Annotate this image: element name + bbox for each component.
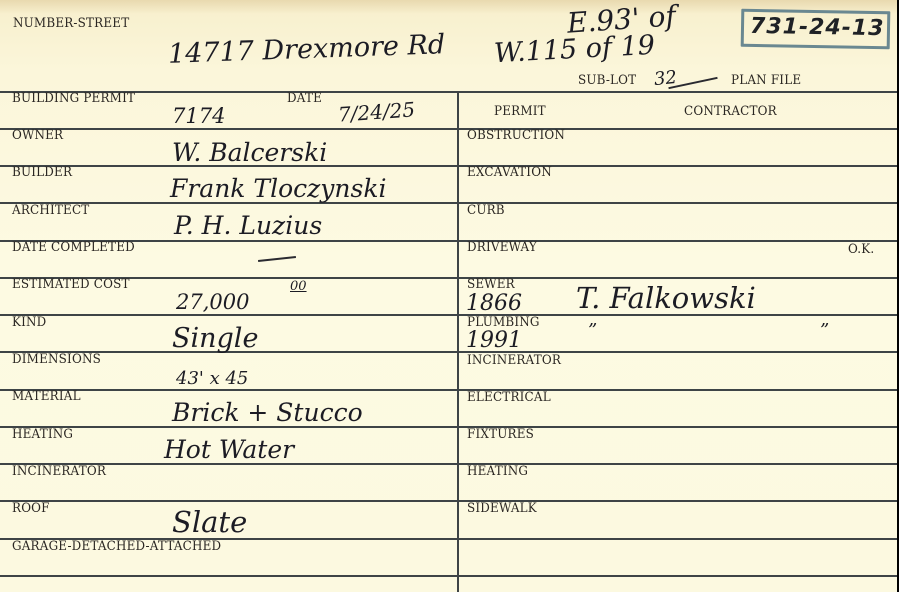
- plumbing-contractor-ditto: ”: [588, 322, 597, 340]
- rule: [0, 575, 897, 577]
- sewer-contractor: T. Falkowski: [576, 284, 756, 313]
- plumbing-ditto-mark: ”: [820, 322, 829, 340]
- heating-permit-label: HEATING: [467, 465, 528, 478]
- permit-column-header: PERMIT: [494, 105, 546, 118]
- sewer-permit-number: 1866: [466, 293, 522, 315]
- building-permit-value: 7174: [172, 106, 225, 127]
- curb-label: CURB: [467, 204, 505, 217]
- architect-label: ARCHITECT: [12, 204, 89, 217]
- kind-value: Single: [172, 325, 258, 352]
- driveway-note: O.K.: [848, 243, 874, 256]
- permit-card: NUMBER-STREET 14717 Drexmore Rd E.93' of…: [0, 0, 897, 592]
- date-completed-label: DATE COMPLETED: [12, 241, 135, 254]
- rule: [0, 463, 897, 465]
- dimensions-value: 43' x 45: [176, 370, 248, 388]
- excavation-label: EXCAVATION: [467, 166, 552, 179]
- roof-value: Slate: [172, 508, 247, 537]
- rule: [0, 351, 897, 353]
- rule: [0, 426, 897, 428]
- address-value: 14717 Drexmore Rd: [168, 31, 446, 68]
- estimated-cost-label: ESTIMATED COST: [12, 278, 130, 291]
- incinerator-label: INCINERATOR: [12, 465, 106, 478]
- material-value: Brick + Stucco: [172, 400, 363, 425]
- rule: [0, 165, 897, 167]
- driveway-label: DRIVEWAY: [467, 241, 537, 254]
- plumbing-permit-number: 1991: [466, 330, 522, 352]
- building-permit-label: BUILDING PERMIT: [12, 92, 135, 105]
- estimated-cost-cents: 00: [290, 280, 307, 293]
- rule: [0, 128, 897, 130]
- column-divider: [457, 91, 459, 592]
- rule: [0, 500, 897, 502]
- lot-note-line2: W.115 of 19: [493, 32, 655, 67]
- architect-underline: [258, 256, 296, 262]
- builder-value: Frank Tloczynski: [170, 176, 387, 201]
- file-number: 731-24-13: [750, 14, 885, 41]
- date-label: DATE: [287, 92, 322, 105]
- rule: [0, 202, 897, 204]
- heating-value: Hot Water: [164, 437, 294, 462]
- estimated-cost-value: 27,000: [176, 292, 249, 313]
- sewer-label: SEWER: [467, 278, 515, 291]
- owner-value: W. Balcerski: [172, 140, 327, 165]
- fixtures-label: FIXTURES: [467, 428, 534, 441]
- incinerator-permit-label: INCINERATOR: [467, 354, 561, 367]
- heating-label: HEATING: [12, 428, 73, 441]
- dimensions-label: DIMENSIONS: [12, 353, 101, 366]
- sidewalk-label: SIDEWALK: [467, 502, 537, 515]
- contractor-column-header: CONTRACTOR: [684, 105, 777, 118]
- material-label: MATERIAL: [12, 390, 81, 403]
- architect-value: P. H. Luzius: [174, 213, 322, 238]
- electrical-label: ELECTRICAL: [467, 391, 551, 404]
- kind-label: KIND: [12, 316, 46, 329]
- number-street-label: NUMBER-STREET: [13, 17, 129, 30]
- rule: [0, 277, 897, 279]
- roof-label: ROOF: [12, 502, 50, 515]
- sub-lot-label: SUB-LOT: [578, 74, 636, 87]
- file-number-stamp: 731-24-13: [741, 9, 891, 50]
- rule: [0, 314, 897, 316]
- owner-label: OWNER: [12, 129, 63, 142]
- garage-label: GARAGE-DETACHED-ATTACHED: [12, 540, 221, 553]
- plan-file-label: PLAN FILE: [731, 74, 801, 87]
- obstruction-label: OBSTRUCTION: [467, 129, 565, 142]
- builder-label: BUILDER: [12, 166, 72, 179]
- rule: [0, 389, 897, 391]
- date-value: 7/24/25: [337, 99, 415, 124]
